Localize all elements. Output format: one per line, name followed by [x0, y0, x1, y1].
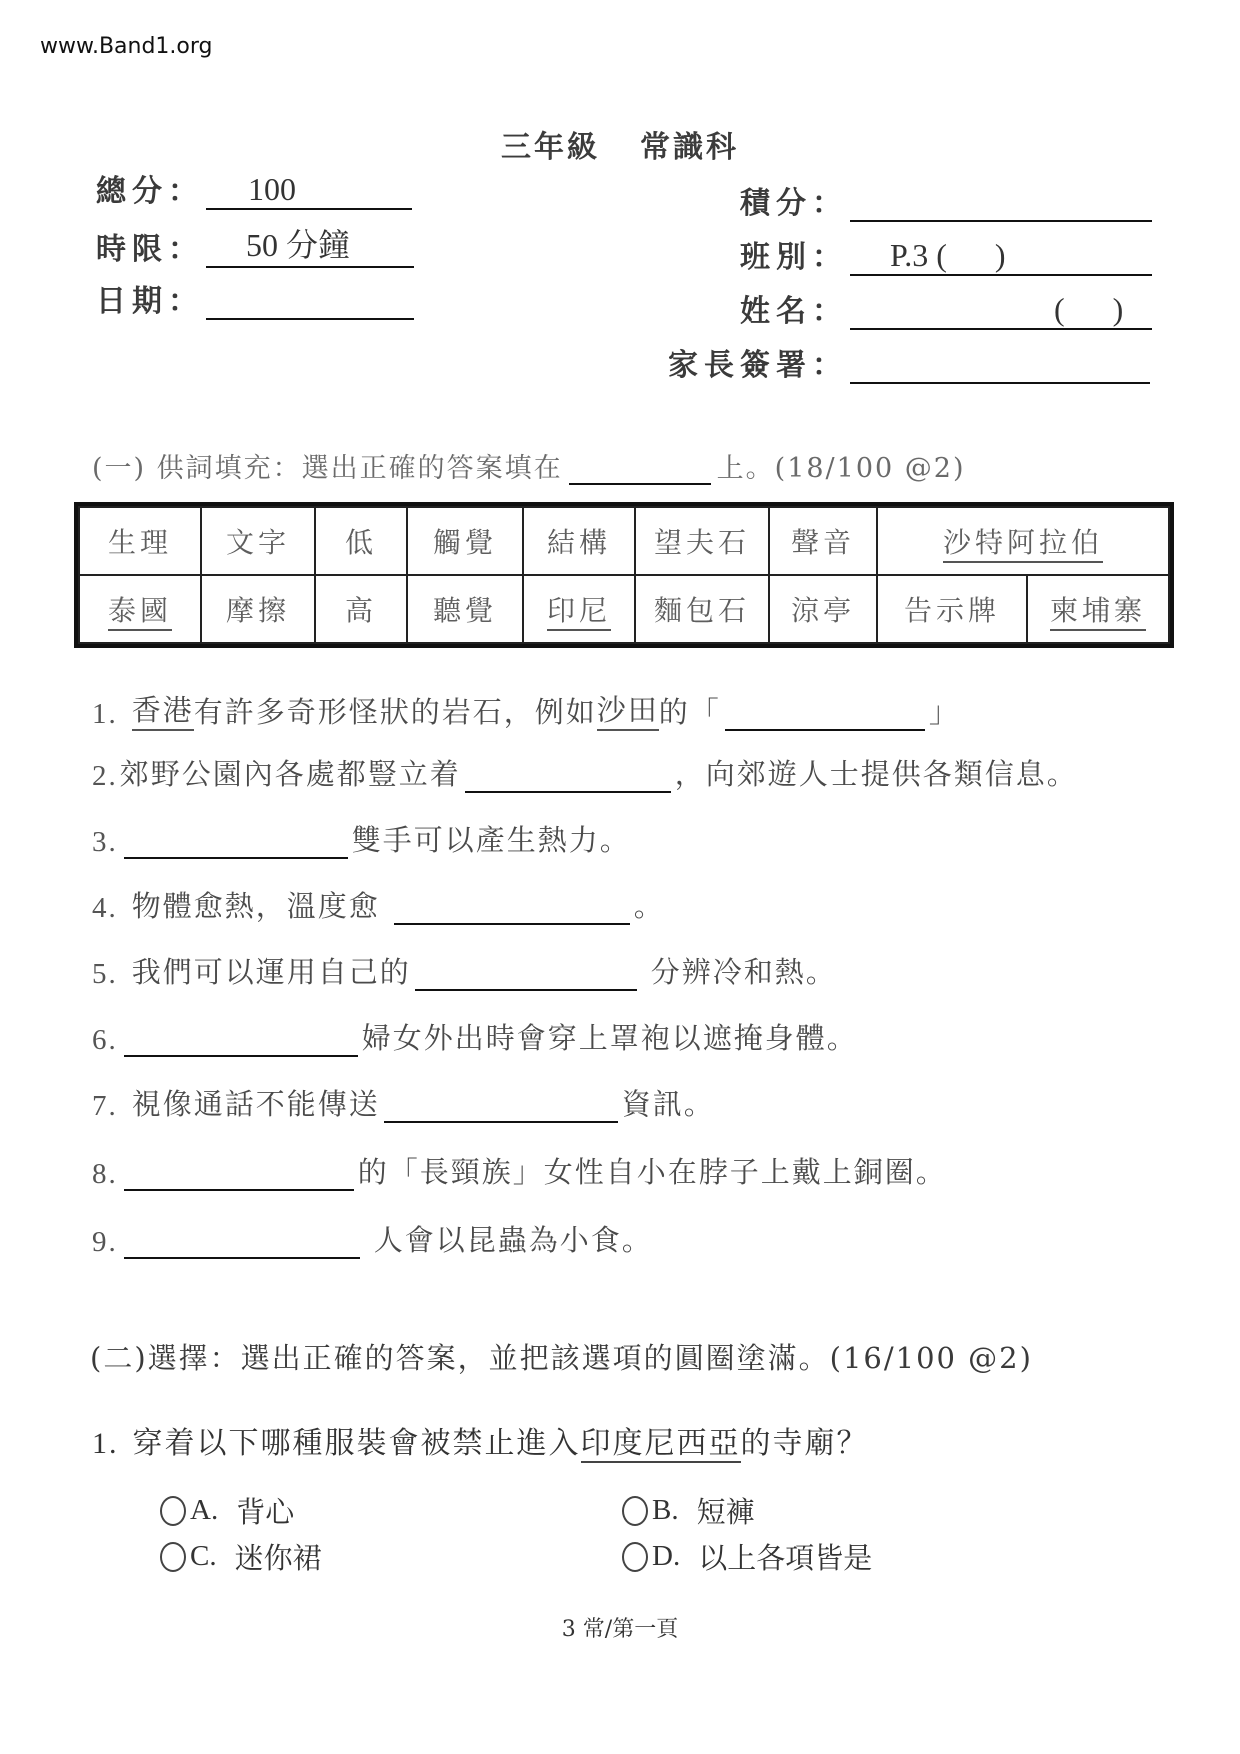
example-blank	[569, 483, 711, 485]
answer-blank-3[interactable]	[124, 829, 348, 859]
time-limit-label: 時限	[96, 224, 168, 268]
radio-circle-icon[interactable]	[622, 1496, 648, 1526]
date-label: 日期	[96, 276, 168, 320]
word-bank-cell: 聲音	[769, 507, 877, 575]
place-name: 沙田	[597, 688, 659, 731]
word-bank-cell: 望夫石	[635, 507, 769, 575]
parent-signature-label: 家長簽署	[668, 340, 812, 384]
word-bank-cell-underlined: 沙特阿拉伯	[877, 507, 1169, 575]
date-input-line[interactable]	[206, 276, 414, 320]
answer-blank-4[interactable]	[394, 895, 630, 925]
name-input-line[interactable]: ( )	[850, 286, 1152, 330]
page-footer: 3 常/第一頁	[0, 1612, 1240, 1643]
word-bank-cell: 告示牌	[877, 575, 1027, 643]
word-bank-cell: 結構	[523, 507, 635, 575]
fill-question-3: 3. 雙手可以產生熱力。	[92, 818, 631, 859]
option-a[interactable]: A. 背心	[160, 1490, 294, 1531]
radio-circle-icon[interactable]	[160, 1542, 186, 1572]
total-score-field: 總分： 100	[96, 166, 412, 210]
answer-blank-1[interactable]	[725, 701, 925, 731]
answer-blank-2[interactable]	[465, 763, 671, 793]
class-label: 班別	[740, 232, 812, 276]
word-bank-row-2: 泰國 摩擦 高 聽覺 印尼 麵包石 涼亭 告示牌 柬埔寨	[79, 575, 1169, 643]
score-field: 積分：	[740, 178, 1152, 222]
fill-question-9: 9. 人會以昆蟲為小食。	[92, 1218, 653, 1259]
word-bank-table: 生理 文字 低 觸覺 結構 望夫石 聲音 沙特阿拉伯 泰國 摩擦 高 聽覺 印尼…	[74, 502, 1174, 648]
word-bank-cell-underlined: 印尼	[523, 575, 635, 643]
site-url[interactable]: www.Band1.org	[40, 34, 213, 59]
mc-question-1: 1.穿着以下哪種服裝會被禁止進入印度尼西亞的寺廟？	[92, 1418, 869, 1462]
time-limit-value: 50 分鐘	[246, 220, 350, 266]
word-bank-cell-underlined: 柬埔寨	[1027, 575, 1169, 643]
answer-blank-7[interactable]	[384, 1093, 618, 1123]
total-score-line: 100	[206, 166, 412, 210]
parent-signature-line[interactable]	[850, 340, 1150, 384]
grade-label: 三年級	[501, 130, 600, 165]
total-score-label: 總分	[96, 166, 168, 210]
word-bank-cell: 涼亭	[769, 575, 877, 643]
fill-question-7: 7. 視像通話不能傳送 資訊。	[92, 1082, 715, 1123]
class-input-line[interactable]: P.3 ( )	[850, 232, 1152, 276]
section2-heading: (二)選擇：選出正確的答案，並把該選項的圓圈塗滿。(16/100 @2)	[90, 1336, 1033, 1377]
class-field: 班別： P.3 ( )	[740, 232, 1152, 276]
time-limit-line: 50 分鐘	[206, 224, 414, 268]
option-d[interactable]: D. 以上各項皆是	[622, 1536, 872, 1577]
name-label: 姓名	[740, 286, 812, 330]
answer-blank-8[interactable]	[124, 1161, 354, 1191]
word-bank-row-1: 生理 文字 低 觸覺 結構 望夫石 聲音 沙特阿拉伯	[79, 507, 1169, 575]
fill-question-8: 8. 的「長頸族」女性自小在脖子上戴上銅圈。	[92, 1150, 947, 1191]
place-name: 香港	[132, 688, 194, 731]
option-c[interactable]: C. 迷你裙	[160, 1536, 322, 1577]
time-limit-field: 時限： 50 分鐘	[96, 224, 414, 268]
date-field: 日期：	[96, 276, 414, 320]
radio-circle-icon[interactable]	[160, 1496, 186, 1526]
name-field: 姓名： ( )	[740, 286, 1152, 330]
word-bank-cell: 生理	[79, 507, 201, 575]
word-bank-cell-underlined: 泰國	[79, 575, 201, 643]
word-bank-cell: 文字	[201, 507, 315, 575]
fill-question-4: 4. 物體愈熱，溫度愈 。	[92, 884, 665, 925]
answer-blank-6[interactable]	[124, 1027, 358, 1057]
word-bank-cell: 觸覺	[407, 507, 523, 575]
word-bank-cell: 高	[315, 575, 407, 643]
parent-signature-field: 家長簽署：	[668, 340, 1150, 384]
answer-blank-5[interactable]	[415, 961, 637, 991]
option-b[interactable]: B. 短褲	[622, 1490, 755, 1531]
fill-question-6: 6. 婦女外出時會穿上罩袍以遮掩身體。	[92, 1016, 858, 1057]
word-bank-cell: 低	[315, 507, 407, 575]
fill-question-2: 2. 郊野公園內各處都豎立着 ，向郊遊人士提供各類信息。	[92, 752, 1078, 793]
page-title: 三年級常識科	[0, 122, 1240, 166]
fill-question-1: 1. 香港 有許多奇形怪狀的岩石，例如 沙田 的「 」	[92, 688, 960, 731]
fill-question-5: 5. 我們可以運用自己的 分辨冷和熱。	[92, 950, 837, 991]
radio-circle-icon[interactable]	[622, 1542, 648, 1572]
section1-heading: (一) 供詞填充：選出正確的答案填在上。(18/100 @2)	[92, 446, 965, 485]
answer-blank-9[interactable]	[124, 1229, 360, 1259]
class-value: P.3 ( )	[890, 237, 1006, 274]
score-label: 積分	[740, 178, 812, 222]
subject-label: 常識科	[640, 130, 739, 165]
word-bank-cell: 聽覺	[407, 575, 523, 643]
place-name: 印度尼西亞	[581, 1426, 741, 1463]
word-bank-cell: 摩擦	[201, 575, 315, 643]
total-score-value: 100	[248, 171, 296, 208]
score-input-line[interactable]	[850, 178, 1152, 222]
word-bank-cell: 麵包石	[635, 575, 769, 643]
class-number-value: ( )	[1054, 291, 1123, 328]
